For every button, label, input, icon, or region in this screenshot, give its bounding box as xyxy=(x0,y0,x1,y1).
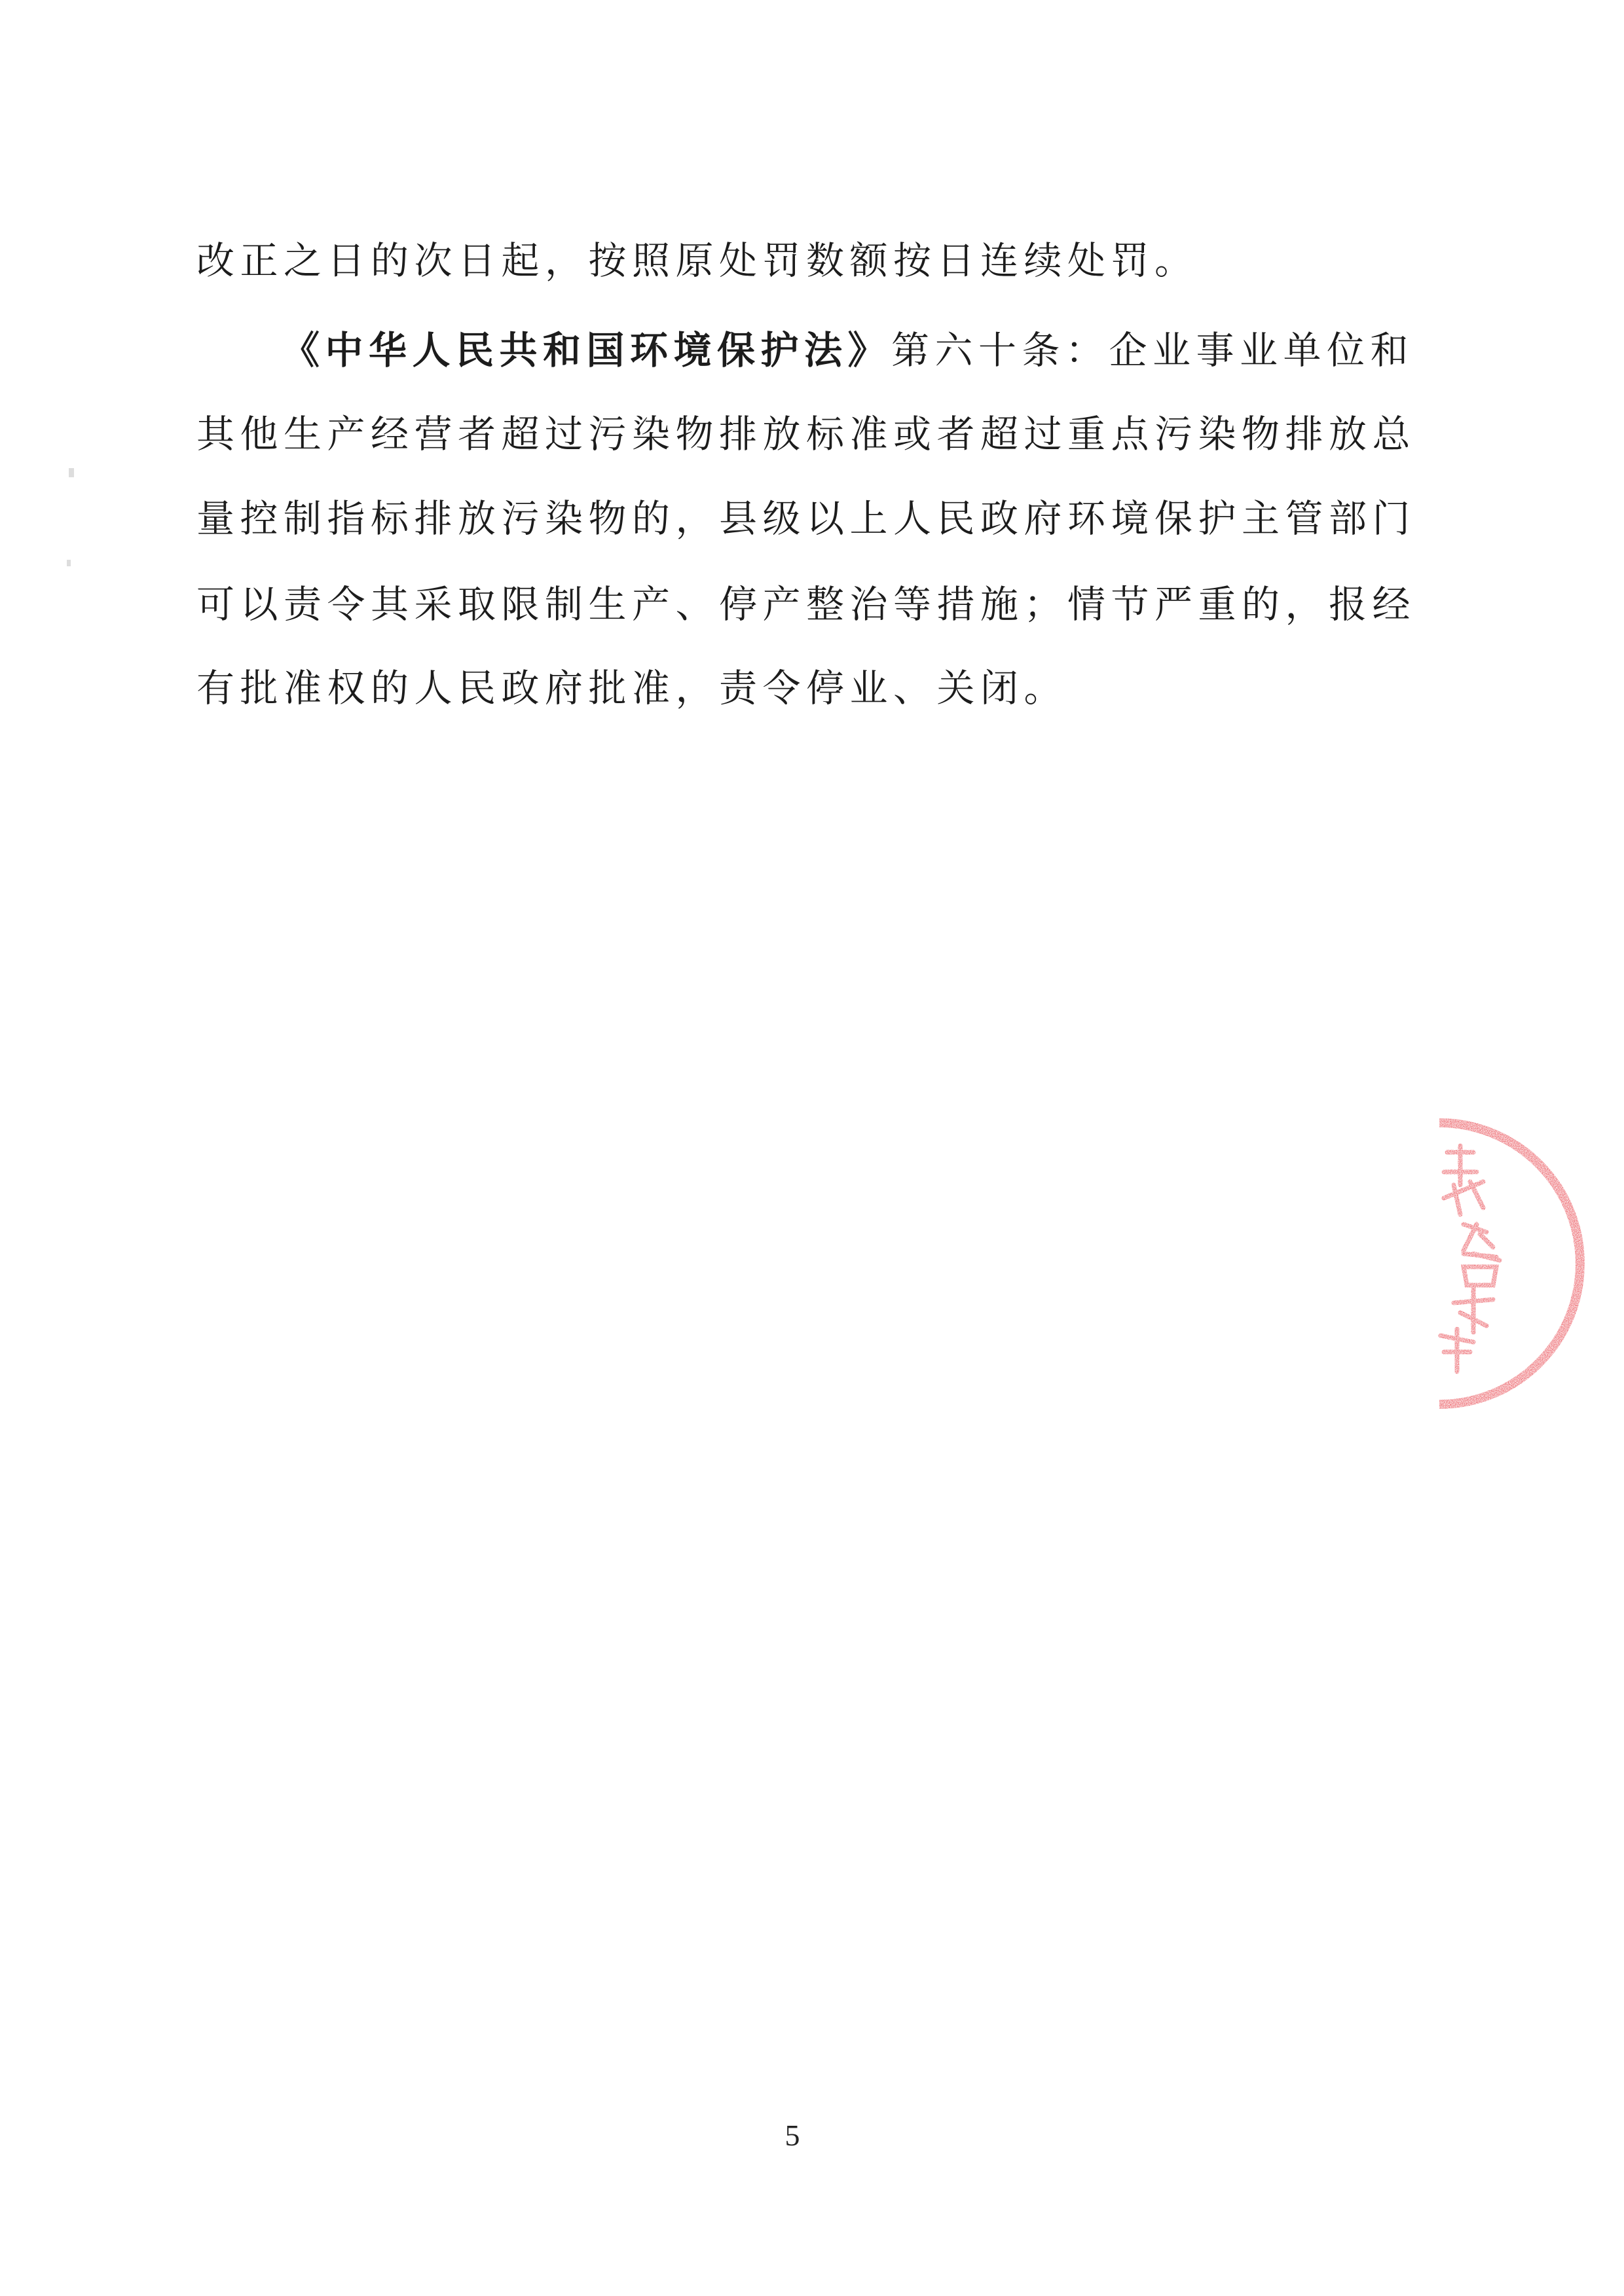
paragraph-line-6: 有批准权的人民政府批准，责令停业、关闭。 xyxy=(196,646,1428,731)
paragraph-line-5: 可以责令其采取限制生产、停产整治等措施；情节严重的，报经 xyxy=(196,562,1428,647)
scan-mark xyxy=(69,468,74,477)
paragraph-line-1: 改正之日的次日起，按照原处罚数额按日连续处罚。 xyxy=(196,218,1428,303)
article-text: 第六十条：企业事业单位和 xyxy=(891,328,1414,373)
paragraph-line-2: 《中华人民共和国环境保护法》第六十条：企业事业单位和 xyxy=(196,308,1513,393)
page-number: 5 xyxy=(773,2118,812,2153)
paragraph-line-3: 其他生产经营者超过污染物排放标准或者超过重点污染物排放总 xyxy=(196,392,1428,477)
official-seal-icon xyxy=(1401,1087,1624,1414)
paragraph-line-4: 量控制指标排放污染物的，县级以上人民政府环境保护主管部门 xyxy=(196,476,1428,561)
document-page: 改正之日的次日起，按照原处罚数额按日连续处罚。 《中华人民共和国环境保护法》第六… xyxy=(0,0,1624,2296)
law-title: 《中华人民共和国环境保护法》 xyxy=(282,328,891,373)
scan-mark xyxy=(67,560,71,566)
